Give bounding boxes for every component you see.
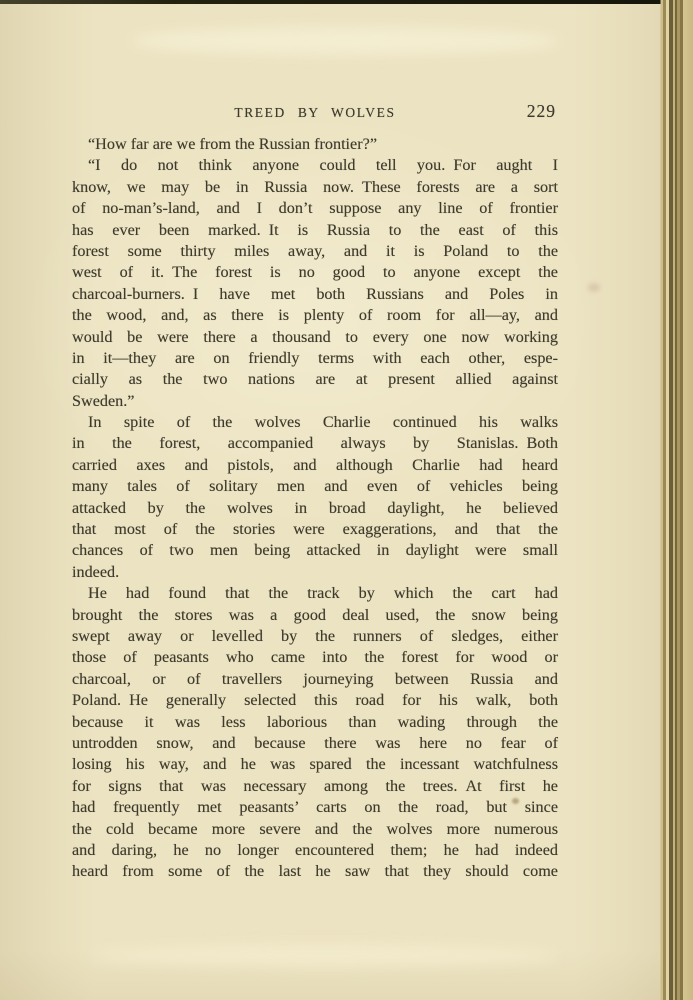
- text-line: brought the stores was a good deal used,…: [72, 605, 558, 626]
- book-cover-edge-top: [0, 0, 693, 4]
- book-page-scan: TREED BY WOLVES 229 “How far are we from…: [0, 0, 693, 1000]
- text-line: swept away or levelled by the runners of…: [72, 626, 558, 647]
- running-header-title: TREED BY WOLVES: [72, 104, 558, 121]
- text-line: for signs that was necessary among the t…: [72, 776, 558, 797]
- text-line: “I do not think anyone could tell you. F…: [72, 155, 558, 176]
- text-line: charcoal, or of travellers journeying be…: [72, 669, 558, 690]
- text-line: many tales of solitary men and even of v…: [72, 476, 558, 497]
- text-line: would be were there a thousand to every …: [72, 327, 558, 348]
- text-line: those of peasants who came into the fore…: [72, 647, 558, 668]
- text-line: forest some thirty miles away, and it is…: [72, 241, 558, 262]
- text-line: He had found that the track by which the…: [72, 583, 558, 604]
- text-line: cially as the two nations are at present…: [72, 369, 558, 390]
- text-line: and daring, he no longer encountered the…: [72, 840, 558, 861]
- text-line: because it was less laborious than wadin…: [72, 712, 558, 733]
- book-page-edges-right: [648, 0, 693, 1000]
- text-line: indeed.: [72, 562, 558, 583]
- text-line: carried axes and pistols, and although C…: [72, 455, 558, 476]
- text-line: west of it. The forest is no good to any…: [72, 262, 558, 283]
- text-line: heard from some of the last he saw that …: [72, 861, 558, 882]
- text-line: in the forest, accompanied always by Sta…: [72, 433, 558, 454]
- text-line: losing his way, and he was spared the in…: [72, 754, 558, 775]
- text-line: in it—they are on friendly terms with ea…: [72, 348, 558, 369]
- page-number: 229: [527, 101, 556, 122]
- text-line: “How far are we from the Russian frontie…: [72, 134, 558, 155]
- text-line: the wood, and, as there is plenty of roo…: [72, 305, 558, 326]
- running-header: TREED BY WOLVES 229: [72, 104, 558, 121]
- scan-glare-bottom: [90, 945, 560, 967]
- paper-smudge: [588, 283, 600, 292]
- text-line: that most of the stories were exaggerati…: [72, 519, 558, 540]
- text-line: charcoal-burners. I have met both Russia…: [72, 284, 558, 305]
- text-lines: “How far are we from the Russian frontie…: [72, 134, 558, 883]
- text-line: Sweden.”: [72, 391, 558, 412]
- text-line: In spite of the wolves Charlie continued…: [72, 412, 558, 433]
- text-line: had frequently met peasants’ carts on th…: [72, 797, 558, 818]
- text-line: chances of two men being attacked in day…: [72, 540, 558, 561]
- text-line: attacked by the wolves in broad daylight…: [72, 498, 558, 519]
- text-line: Poland. He generally selected this road …: [72, 690, 558, 711]
- text-line: know, we may be in Russia now. These for…: [72, 177, 558, 198]
- text-line: the cold became more severe and the wolv…: [72, 819, 558, 840]
- page-text-block: TREED BY WOLVES 229 “How far are we from…: [72, 104, 558, 883]
- text-line: has ever been marked. It is Russia to th…: [72, 220, 558, 241]
- text-line: untrodden snow, and because there was he…: [72, 733, 558, 754]
- scan-glare-top: [130, 28, 560, 54]
- text-line: of no-man’s-land, and I don’t suppose an…: [72, 198, 558, 219]
